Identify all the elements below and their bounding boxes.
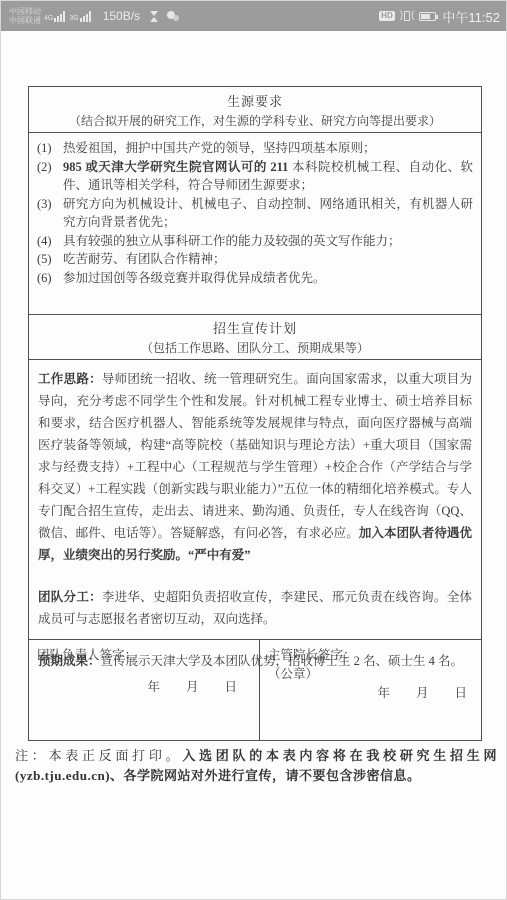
signature-date-right: 年月日 xyxy=(377,684,467,703)
note-prefix: 注：本表正反面打印。 xyxy=(15,748,182,763)
section2-title: 招生宣传计划 xyxy=(29,319,481,339)
requirement-item: (3) 研究方向为机械设计、机械电子、自动控制、网络通讯相关，有机器人研究方向背… xyxy=(37,195,473,232)
hourglass-icon xyxy=(150,11,159,22)
battery-icon xyxy=(419,12,436,21)
carrier-1: 中国移动 xyxy=(9,7,41,16)
vibrate-icon: )( xyxy=(400,11,415,21)
signature-date-left: 年月日 xyxy=(147,678,237,697)
section-student-source-header: 生源要求 （结合拟开展的研究工作，对生源的学科专业、研究方向等提出要求） xyxy=(29,87,481,133)
section-promotion-plan-body: 工作思路：导师团统一招收、统一管理研究生。面向国家需求，以重大项目为导向，充分考… xyxy=(29,360,481,640)
signature-row: 团队负责人签字： 年月日 主管院长签字： （公章） 年月日 xyxy=(29,640,481,740)
network-type-1: 4G xyxy=(44,15,53,22)
requirement-item: (4) 具有较强的独立从事科研工作的能力及较强的英文写作能力； xyxy=(37,232,473,251)
section1-title: 生源要求 xyxy=(29,92,481,112)
team-division-paragraph: 团队分工：李进华、史超阳负责招收宣传，李建民、邢元负责在线咨询。全体成员可与志愿… xyxy=(38,586,472,630)
team-leader-signature-label: 团队负责人签字： xyxy=(37,646,251,665)
work-plan-paragraph: 工作思路：导师团统一招收、统一管理研究生。面向国家需求，以重大项目为导向，充分考… xyxy=(38,368,472,566)
signal-sim2: 3G xyxy=(69,11,90,22)
team-leader-signature-cell: 团队负责人签字： 年月日 xyxy=(29,640,260,740)
wechat-notification-icon xyxy=(167,11,179,21)
recruitment-form-table: 生源要求 （结合拟开展的研究工作，对生源的学科专业、研究方向等提出要求） (1)… xyxy=(28,86,482,741)
network-speed: 150B/s xyxy=(103,9,140,23)
network-type-2: 3G xyxy=(69,15,78,22)
official-seal-label: （公章） xyxy=(268,665,473,684)
carrier-2: 中国联通 xyxy=(9,16,41,25)
phone-screen[interactable]: 中国移动 中国联通 4G 3G 150B/s HD )( 中午11:52 生源要… xyxy=(0,0,507,900)
footer-note: 注：本表正反面打印。入选团队的本表内容将在我校研究生招生网 (yzb.tju.e… xyxy=(15,746,497,786)
status-bar: 中国移动 中国联通 4G 3G 150B/s HD )( 中午11:52 xyxy=(1,1,507,31)
requirement-item: (2) 985 或天津大学研究生院官网认可的 211 本科院校机械工程、自动化、… xyxy=(37,158,473,195)
section1-subtitle: （结合拟开展的研究工作，对生源的学科专业、研究方向等提出要求） xyxy=(29,112,481,131)
requirements-list: (1) 热爱祖国，拥护中国共产党的领导，坚持四项基本原则； (2) 985 或天… xyxy=(37,139,473,287)
section-student-source-body: (1) 热爱祖国，拥护中国共产党的领导，坚持四项基本原则； (2) 985 或天… xyxy=(29,133,481,315)
requirement-item: (5) 吃苦耐劳、有团队合作精神； xyxy=(37,250,473,269)
hd-volte-icon: HD xyxy=(379,11,395,21)
status-time: 中午11:52 xyxy=(442,7,500,26)
section-promotion-plan-header: 招生宣传计划 （包括工作思路、团队分工、预期成果等） xyxy=(29,315,481,360)
section2-subtitle: （包括工作思路、团队分工、预期成果等） xyxy=(29,339,481,358)
signal-bars-icon xyxy=(54,11,65,22)
carrier-names: 中国移动 中国联通 xyxy=(9,7,41,25)
signal-bars-icon xyxy=(80,11,91,22)
signal-sim1: 4G xyxy=(44,11,65,22)
requirement-item: (1) 热爱祖国，拥护中国共产党的领导，坚持四项基本原则； xyxy=(37,139,473,158)
dean-signature-label: 主管院长签字： xyxy=(268,646,473,665)
requirement-item: (6) 参加过国创等各级竞赛并取得优异成绩者优先。 xyxy=(37,269,473,288)
dean-signature-cell: 主管院长签字： （公章） 年月日 xyxy=(260,640,481,740)
